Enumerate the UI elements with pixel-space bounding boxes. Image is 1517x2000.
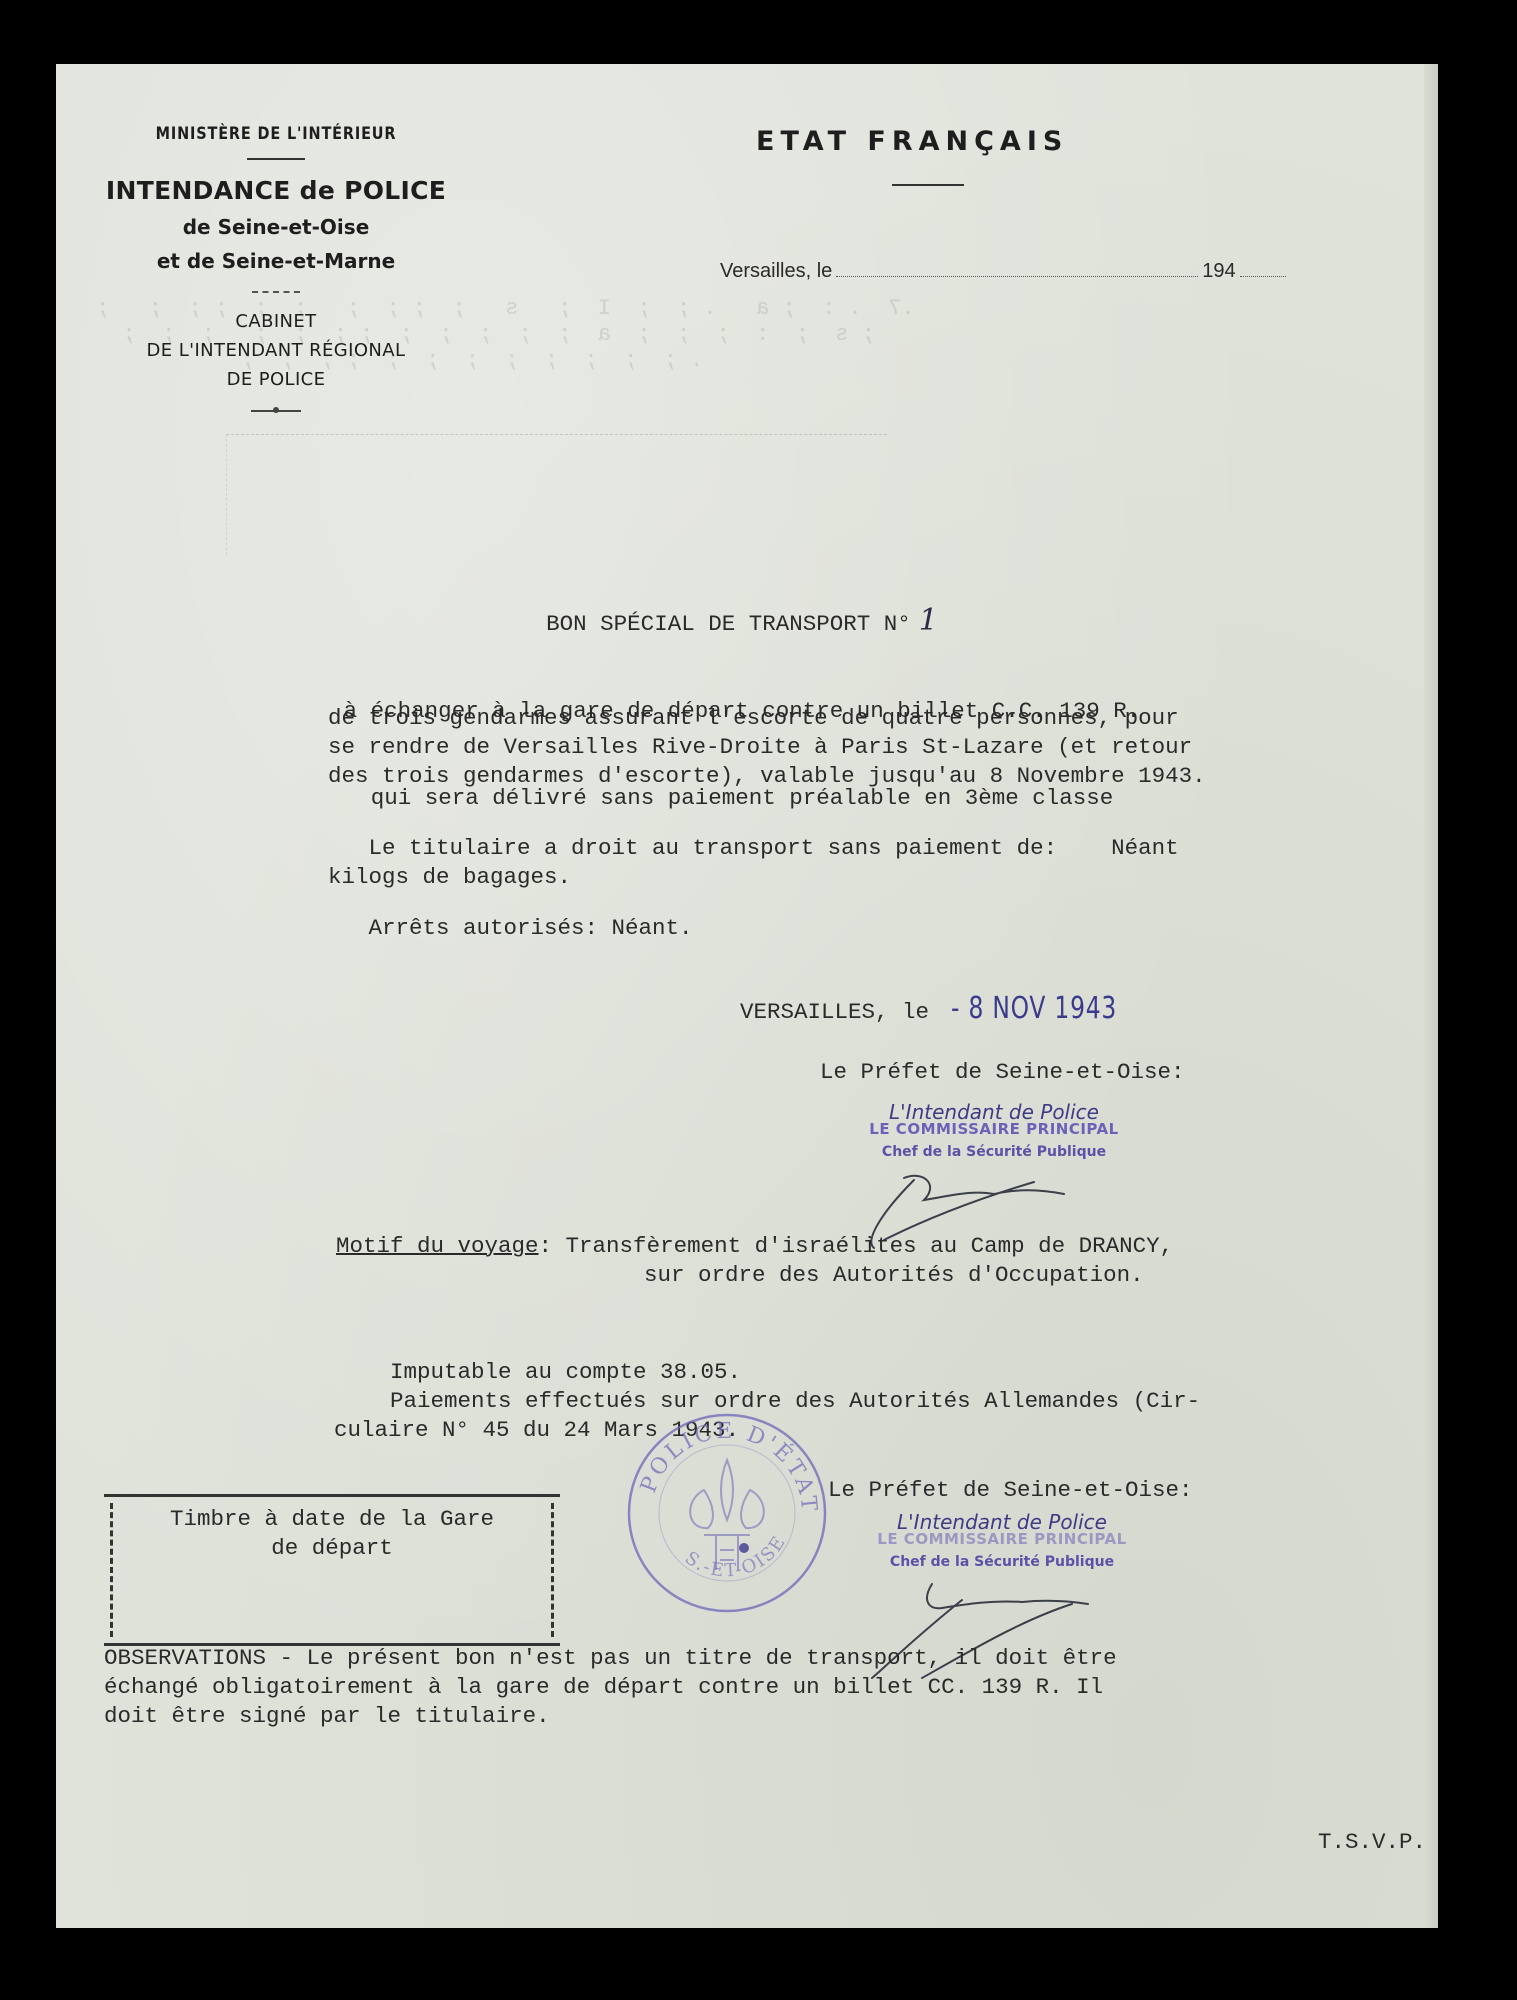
- printed-date-line: Versailles, le 194: [720, 260, 1286, 283]
- bleed-through-text: .7 . : ; a . ; ; I ; s ; ; ; ; ; ; ; ; ;…: [96, 296, 941, 374]
- travel-reason: Motif du voyage: Transfèrement d'israéli…: [336, 1232, 1173, 1261]
- prefect-line-2: Le Préfet de Seine-et-Oise:: [828, 1476, 1193, 1505]
- commissaire-stamp: LE COMMISSAIRE PRINCIPAL: [844, 1120, 1144, 1138]
- svg-text:S.-ET-OISE: S.-ET-OISE: [681, 1531, 791, 1581]
- body-paragraph-1: de trois gendarmes assurant l'escorte de…: [328, 704, 1206, 791]
- date-prefix: Versailles, le: [720, 260, 832, 283]
- police-seal-icon: POLICE D'ÉTAT S.-ET-OISE: [624, 1410, 830, 1616]
- date-year: 194: [1202, 260, 1235, 283]
- region-line-1: de Seine-et-Oise: [96, 215, 456, 239]
- voucher-number: 1: [919, 603, 938, 638]
- date-stamp: - 8 NOV 1943: [951, 994, 1117, 1023]
- travel-reason-line-2: sur ordre des Autorités d'Occupation.: [644, 1261, 1144, 1290]
- station-stamp-box: Timbre à date de la Gare de départ: [104, 1494, 560, 1646]
- intendance-title: INTENDANCE de POLICE: [96, 176, 456, 205]
- divider: [892, 184, 964, 186]
- date-blank: [836, 262, 1198, 277]
- stops-line: Arrêts autorisés: Néant.: [328, 914, 693, 943]
- divider: [252, 291, 300, 293]
- chef-stamp: Chef de la Sécurité Publique: [844, 1144, 1144, 1160]
- issue-place-date: VERSAILLES, le - 8 NOV 1943: [740, 994, 1164, 1027]
- baggage-paragraph: Le titulaire a droit au transport sans p…: [328, 834, 1179, 892]
- please-turn-over: T.S.V.P..: [1318, 1828, 1440, 1857]
- ministry-name: MINISTÈRE DE L'INTÉRIEUR: [123, 124, 429, 144]
- voucher-title: BON SPÉCIAL DE TRANSPORT N°1: [56, 606, 1428, 639]
- chef-stamp-2: Chef de la Sécurité Publique: [852, 1554, 1152, 1570]
- station-stamp-label: Timbre à date de la Gare de départ: [104, 1505, 560, 1563]
- document-page: MINISTÈRE DE L'INTÉRIEUR INTENDANCE de P…: [56, 64, 1428, 1928]
- commissaire-stamp-2: LE COMMISSAIRE PRINCIPAL: [852, 1530, 1152, 1548]
- divider: [247, 158, 305, 160]
- prefect-line: Le Préfet de Seine-et-Oise:: [820, 1058, 1185, 1087]
- state-heading: ETAT FRANÇAIS: [756, 126, 1068, 157]
- observations-paragraph: OBSERVATIONS - Le présent bon n'est pas …: [104, 1644, 1117, 1731]
- issue-place: VERSAILLES, le: [740, 998, 929, 1027]
- region-line-2: et de Seine-et-Marne: [96, 249, 456, 273]
- date-blank: [1240, 262, 1286, 277]
- bleed-through-frame: [226, 434, 887, 555]
- travel-reason-label: Motif du voyage: [336, 1233, 539, 1259]
- ornament-divider: [251, 410, 301, 412]
